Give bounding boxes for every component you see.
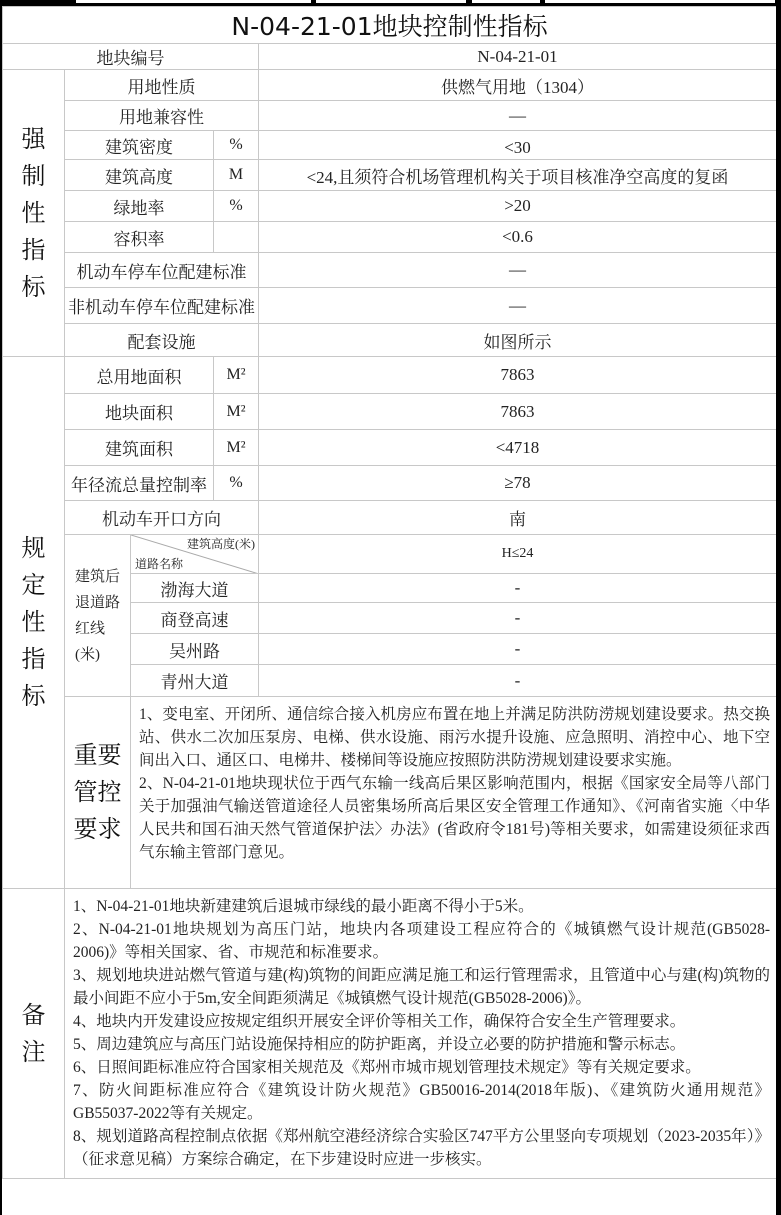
note-item: 3、规划地块进站燃气管道与建(构)筑物的间距应满足施工和运行管理需求，且管道中心… [73, 964, 770, 1010]
row-value: — [259, 288, 777, 324]
row-unit: M² [214, 430, 259, 466]
note-item: 4、地块内开发建设应按规定组织开展安全评价等相关工作，确保符合安全生产管理要求。 [73, 1010, 770, 1033]
row-value: — [259, 253, 777, 288]
row-label: 非机动车停车位配建标准 [65, 288, 259, 324]
row-label: 年径流总量控制率 [65, 466, 214, 501]
top-strip-segment [472, 0, 540, 3]
road-name: 渤海大道 [131, 574, 259, 603]
note-item: 7、防火间距标准应符合《建筑设计防火规范》GB50016-2014(2018年版… [73, 1079, 770, 1125]
regulatory-section-text: 规定性指标 [21, 530, 47, 715]
road-name: 商登高速 [131, 603, 259, 634]
row-value: 7863 [259, 357, 777, 394]
note-item: 8、规划道路高程控制点依据《郑州航空港经济综合实验区747平方公里竖向专项规划（… [73, 1125, 770, 1171]
regulatory-row: 地块面积 M² 7863 [3, 394, 777, 430]
right-border-bar [776, 0, 781, 1215]
row-value: 如图所示 [259, 324, 777, 357]
row-label: 用地性质 [65, 70, 259, 101]
note-item: 1、N-04-21-01地块新建建筑后退城市绿线的最小距离不得小于5米。 [73, 895, 770, 918]
mandatory-row: 容积率 <0.6 [3, 222, 777, 253]
mandatory-row: 强制性指标 用地性质 供燃气用地（1304） [3, 70, 777, 101]
mandatory-section-text: 强制性指标 [21, 121, 47, 306]
road-name: 青州大道 [131, 665, 259, 697]
row-value: <30 [259, 131, 777, 160]
row-value: ≥78 [259, 466, 777, 501]
row-unit [214, 222, 259, 253]
row-value: <24,且须符合机场管理机构关于项目核准净空高度的复函 [259, 160, 777, 191]
parcel-id-row: 地块编号 N-04-21-01 [3, 44, 777, 70]
road-value: - [259, 634, 777, 665]
header-building-height: 建筑高度(米) [187, 535, 255, 552]
mandatory-row: 机动车停车位配建标准 — [3, 253, 777, 288]
mandatory-section-label: 强制性指标 [3, 70, 65, 357]
row-unit: % [214, 466, 259, 501]
table-title: N-04-21-01地块控制性指标 [3, 7, 777, 44]
row-value: >20 [259, 191, 777, 222]
row-value: 供燃气用地（1304） [259, 70, 777, 101]
row-label: 总用地面积 [65, 357, 214, 394]
header-road-name: 道路名称 [135, 555, 183, 572]
key-controls-row: 重要管控要求 1、变电室、开闭所、通信综合接入机房应布置在地上并满足防洪防涝规划… [3, 697, 777, 889]
note-item: 2、N-04-21-01地块规划为高压门站，地块内各项建设工程应符合的《城镇燃气… [73, 918, 770, 964]
row-label: 绿地率 [65, 191, 214, 222]
row-unit: M² [214, 394, 259, 430]
row-value: — [259, 101, 777, 131]
setback-diagonal-header: 建筑高度(米) 道路名称 [131, 535, 259, 574]
setback-label: 建筑后退道路红线(米) [65, 535, 131, 697]
regulatory-row: 建筑面积 M² <4718 [3, 430, 777, 466]
key-control-item: 1、变电室、开闭所、通信综合接入机房应布置在地上并满足防洪防涝规划建设要求。热交… [139, 703, 770, 772]
key-controls-content: 1、变电室、开闭所、通信综合接入机房应布置在地上并满足防洪防涝规划建设要求。热交… [131, 697, 777, 889]
control-index-table: N-04-21-01地块控制性指标 地块编号 N-04-21-01 强制性指标 … [2, 6, 777, 1179]
note-item: 6、日照间距标准应符合国家相关规范及《郑州市城市规划管理技术规定》等有关规定要求… [73, 1056, 770, 1079]
row-label: 用地兼容性 [65, 101, 259, 131]
road-value: - [259, 574, 777, 603]
notes-section-label: 备注 [3, 889, 65, 1179]
road-value: - [259, 603, 777, 634]
road-value: - [259, 665, 777, 697]
row-unit: % [214, 131, 259, 160]
regulatory-row: 规定性指标 总用地面积 M² 7863 [3, 357, 777, 394]
title-row: N-04-21-01地块控制性指标 [3, 7, 777, 44]
parcel-id-label: 地块编号 [3, 44, 259, 70]
parcel-id-value: N-04-21-01 [259, 44, 777, 70]
row-label: 建筑面积 [65, 430, 214, 466]
mandatory-row: 用地兼容性 — [3, 101, 777, 131]
regulatory-row: 机动车开口方向 南 [3, 501, 777, 535]
top-strip-segment [545, 0, 775, 3]
row-value: 7863 [259, 394, 777, 430]
row-unit: % [214, 191, 259, 222]
top-strip-segment [316, 0, 466, 3]
row-label: 配套设施 [65, 324, 259, 357]
top-strip-segment [76, 0, 311, 3]
row-label: 地块面积 [65, 394, 214, 430]
key-controls-section-label: 重要管控要求 [65, 697, 131, 889]
notes-section-text: 备注 [21, 997, 47, 1071]
note-item: 5、周边建筑应与高压门站设施保持相应的防护距离，并设立必要的防护措施和警示标志。 [73, 1033, 770, 1056]
mandatory-row: 绿地率 % >20 [3, 191, 777, 222]
header-height-value: H≤24 [259, 535, 777, 574]
mandatory-row: 非机动车停车位配建标准 — [3, 288, 777, 324]
row-label: 建筑高度 [65, 160, 214, 191]
row-value: 南 [259, 501, 777, 535]
setback-label-text: 建筑后退道路红线(米) [75, 564, 127, 668]
control-index-sheet: N-04-21-01地块控制性指标 地块编号 N-04-21-01 强制性指标 … [2, 6, 776, 1215]
road-name: 吴州路 [131, 634, 259, 665]
row-value: <0.6 [259, 222, 777, 253]
regulatory-section-label: 规定性指标 [3, 357, 65, 889]
mandatory-row: 建筑密度 % <30 [3, 131, 777, 160]
row-label: 容积率 [65, 222, 214, 253]
mandatory-row: 建筑高度 M <24,且须符合机场管理机构关于项目核准净空高度的复函 [3, 160, 777, 191]
notes-row: 备注 1、N-04-21-01地块新建建筑后退城市绿线的最小距离不得小于5米。 … [3, 889, 777, 1179]
key-controls-section-text: 重要管控要求 [73, 737, 123, 848]
row-unit: M [214, 160, 259, 191]
row-label: 建筑密度 [65, 131, 214, 160]
mandatory-row: 配套设施 如图所示 [3, 324, 777, 357]
row-label: 机动车停车位配建标准 [65, 253, 259, 288]
notes-content: 1、N-04-21-01地块新建建筑后退城市绿线的最小距离不得小于5米。 2、N… [65, 889, 777, 1179]
regulatory-row: 年径流总量控制率 % ≥78 [3, 466, 777, 501]
row-label: 机动车开口方向 [65, 501, 259, 535]
row-value: <4718 [259, 430, 777, 466]
key-control-item: 2、N-04-21-01地块现状位于西气东输一线高后果区影响范围内，根据《国家安… [139, 772, 770, 864]
setback-header-row: 建筑后退道路红线(米) 建筑高度(米) 道路名称 H≤24 [3, 535, 777, 574]
row-unit: M² [214, 357, 259, 394]
